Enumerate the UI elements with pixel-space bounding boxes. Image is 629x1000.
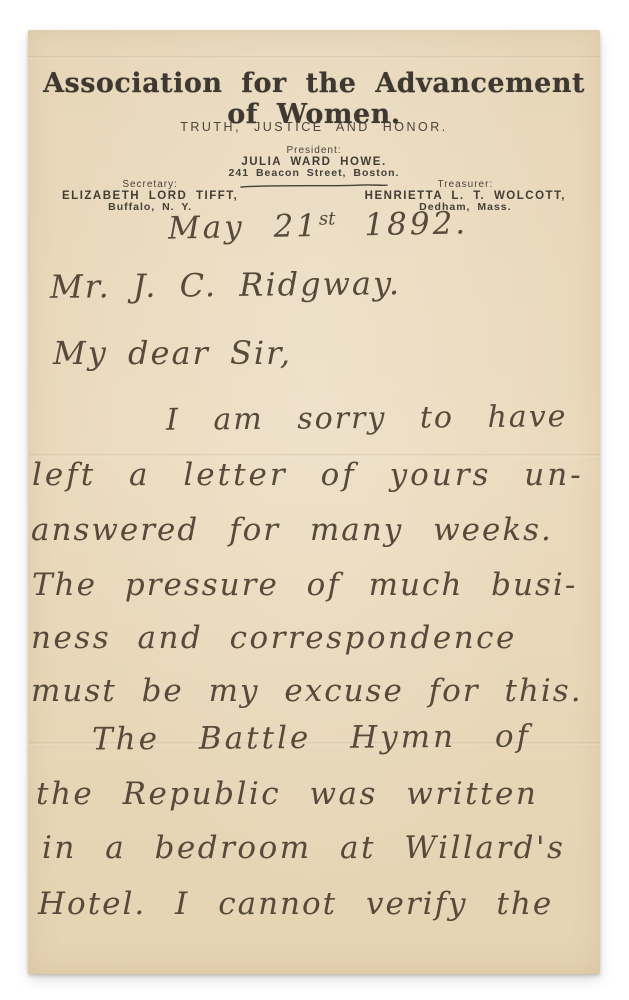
letter-page: Association for the Advancement of Women… [28, 30, 600, 974]
body-line: I am sorry to have [166, 399, 568, 438]
salutation-line: My dear Sir, [53, 334, 292, 372]
president-address: 241 Beacon Street, Boston. [28, 168, 600, 180]
body-line: the Republic was written [36, 776, 538, 812]
body-line: in a bedroom at Willard's [42, 830, 565, 866]
recipient-line: Mr. J. C. Ridgway. [50, 264, 401, 306]
paper-fold-line-bottom [28, 742, 600, 745]
org-motto: TRUTH, JUSTICE AND HONOR. [28, 120, 600, 134]
date-day: May 21 [168, 208, 320, 247]
secretary-title: Secretary: [62, 179, 238, 191]
officers-row: Secretary: ELIZABETH LORD TIFFT, Buffalo… [28, 179, 600, 214]
body-line: ness and correspondence [31, 620, 517, 656]
secretary-address: Buffalo, N. Y. [62, 202, 238, 214]
treasurer-address: Dedham, Mass. [365, 202, 566, 214]
body-line: The pressure of much busi- [32, 567, 577, 603]
paper-fold-line-middle [28, 454, 600, 457]
body-line: The Battle Hymn of [92, 718, 531, 757]
treasurer-title: Treasurer: [365, 179, 566, 191]
body-line: must be my excuse for this. [31, 673, 583, 709]
secretary-block: Secretary: ELIZABETH LORD TIFFT, Buffalo… [62, 179, 238, 214]
body-line: answered for many weeks. [31, 512, 553, 548]
treasurer-block: Treasurer: HENRIETTA L. T. WOLCOTT, Dedh… [365, 179, 566, 214]
president-title: President: [28, 145, 600, 157]
body-line: left a letter of yours un- [32, 457, 584, 493]
paper-fold-line-top [28, 56, 600, 59]
body-line: Hotel. I cannot verify the [38, 886, 553, 922]
